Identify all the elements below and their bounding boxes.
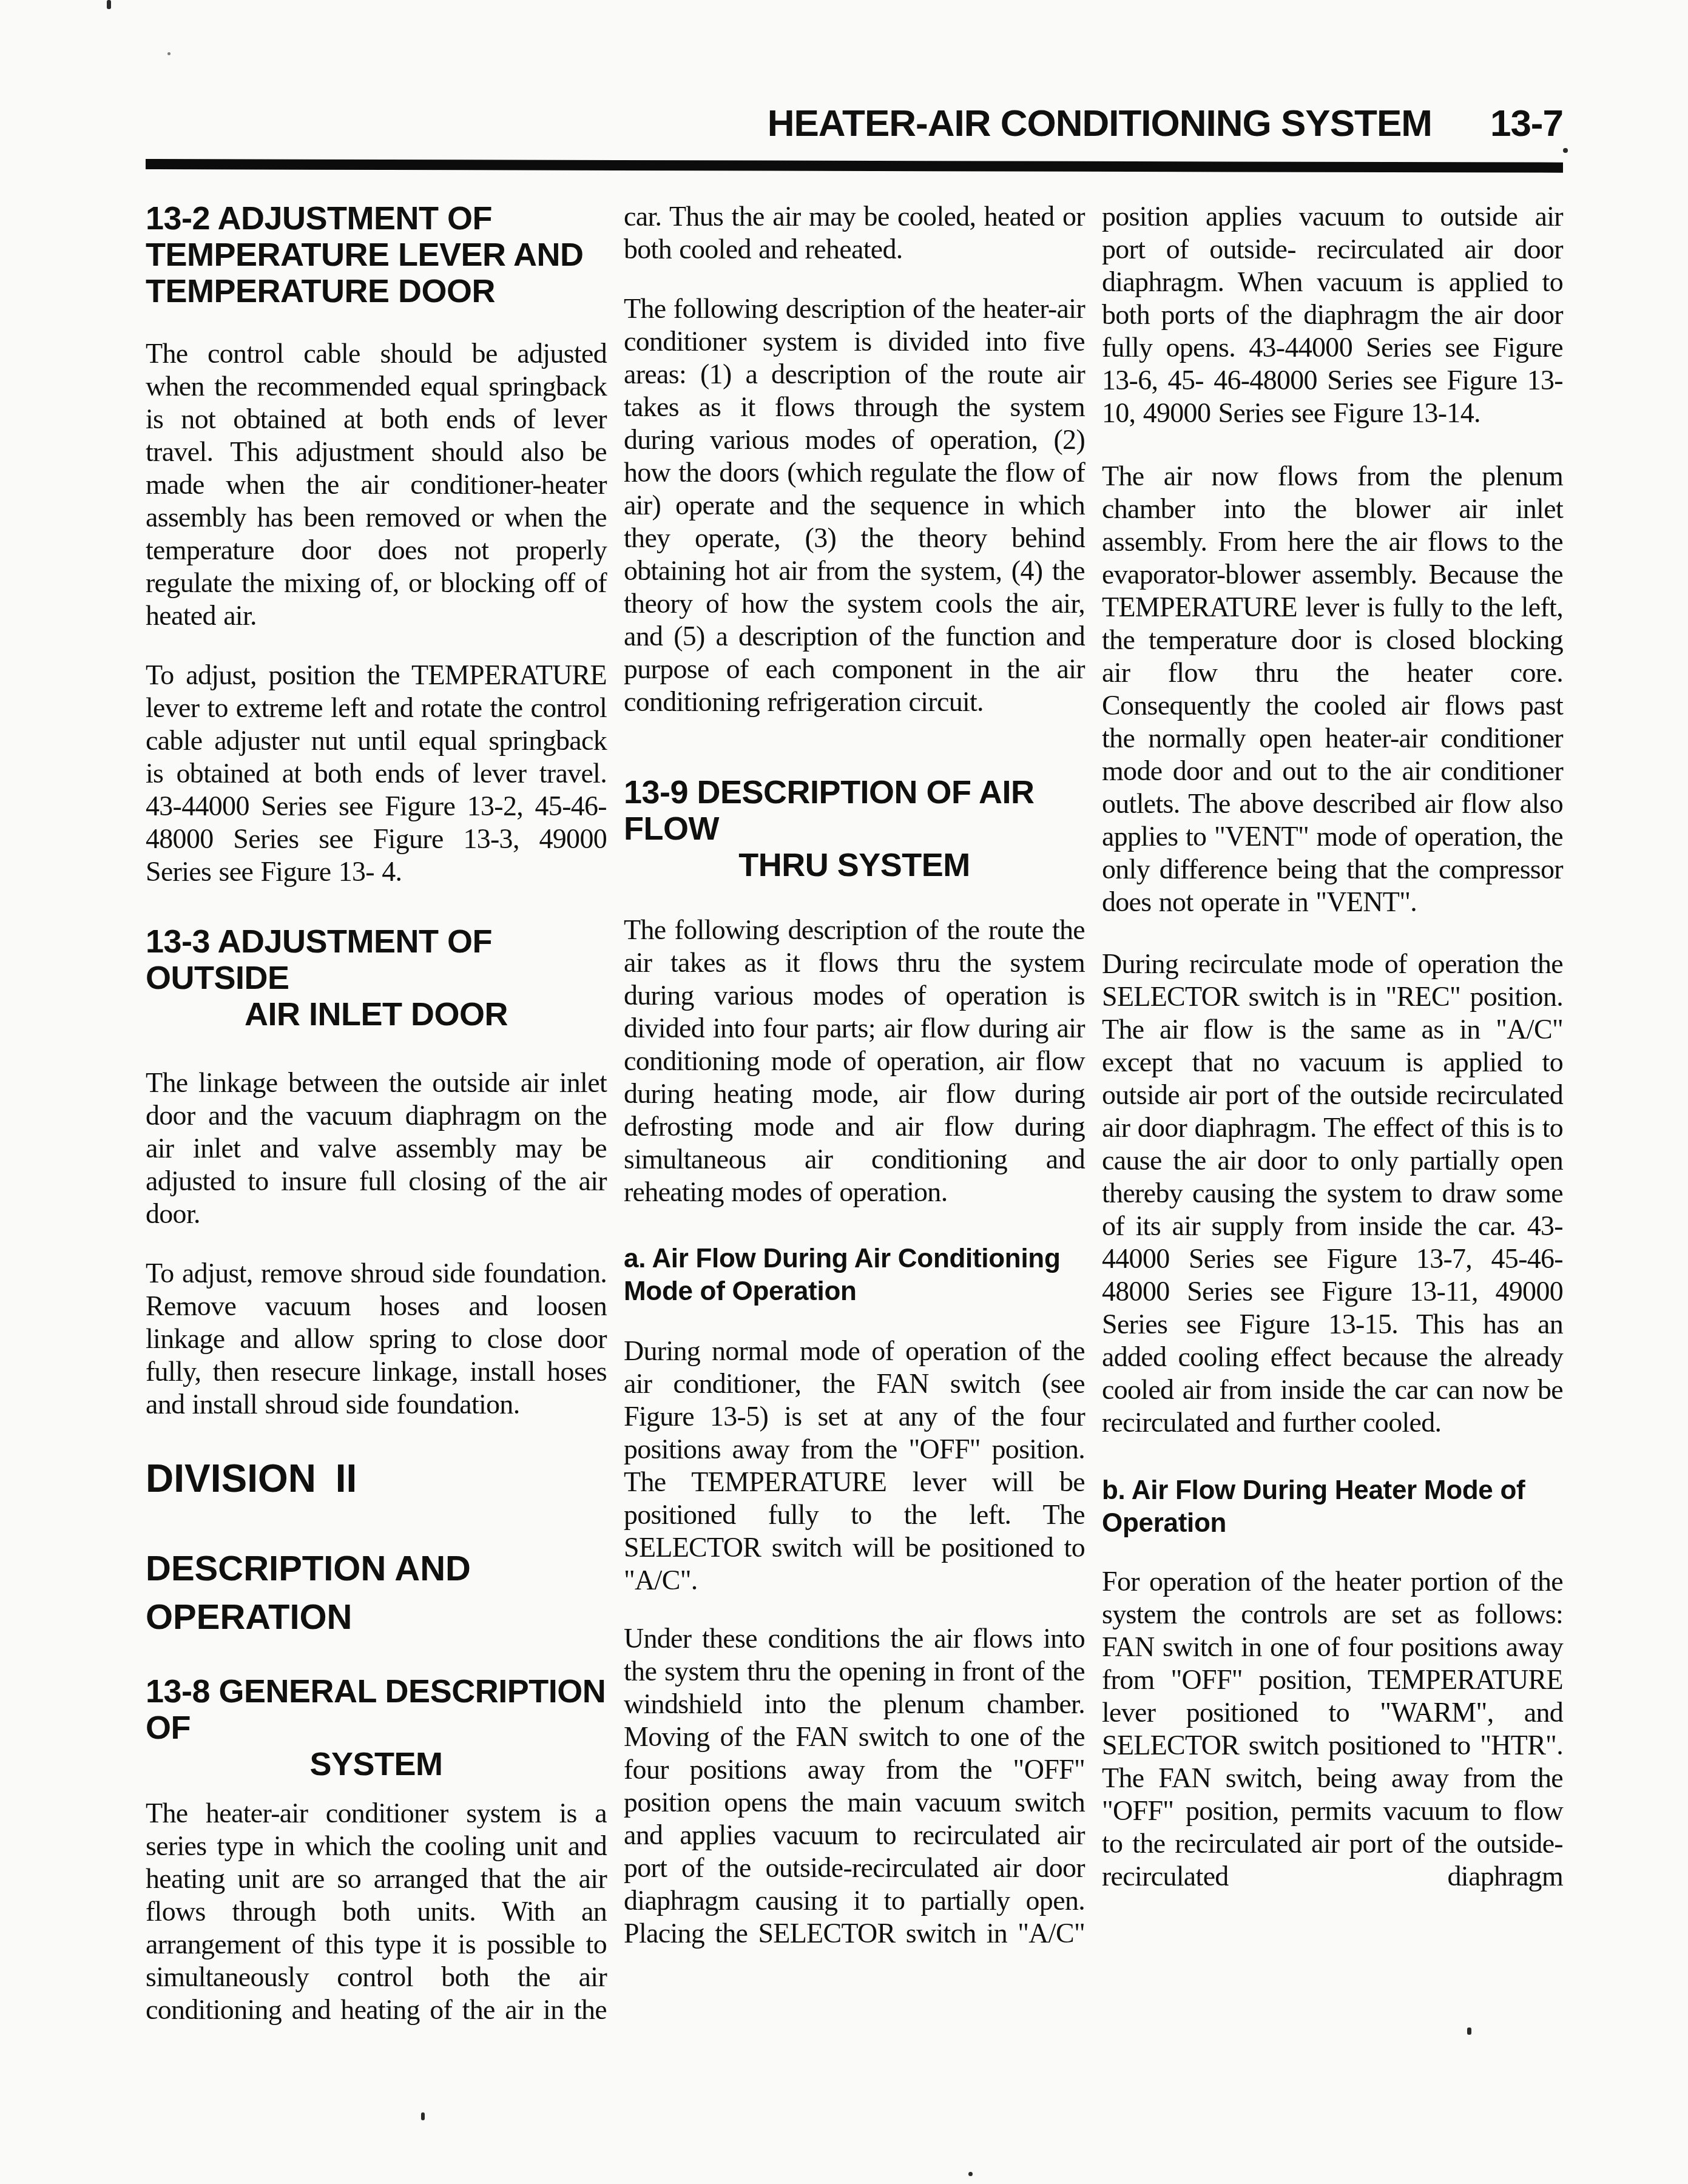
header-page-number: 13-7 xyxy=(1490,102,1563,145)
heading-line: TEMPERATURE LEVER AND xyxy=(146,237,607,273)
heading-line: Mode of Operation xyxy=(624,1275,1085,1308)
section-heading-13-3: 13-3 ADJUSTMENT OF OUTSIDE AIR INLET DOO… xyxy=(146,923,607,1033)
paragraph-four-parts: The following description of the route t… xyxy=(624,914,1085,1208)
scan-speck xyxy=(421,2112,425,2120)
scan-speck xyxy=(167,52,170,55)
page-header: HEATER-AIR CONDITIONING SYSTEM 13-7 xyxy=(146,102,1563,145)
subheading-heater-mode: b. Air Flow During Heater Mode of Operat… xyxy=(1102,1474,1563,1540)
heading-line: SYSTEM xyxy=(146,1746,607,1782)
scan-speck xyxy=(968,2172,973,2176)
section-heading-13-8: 13-8 GENERAL DESCRIPTION OF SYSTEM xyxy=(146,1673,607,1782)
description-operation-heading: DESCRIPTION AND OPERATION xyxy=(146,1545,607,1642)
paragraph-shroud-adjust: To adjust, remove shroud side foundation… xyxy=(146,1257,607,1421)
paragraph-normal-mode: During normal mode of operation of the a… xyxy=(624,1335,1085,1597)
paragraph-under-conditions: Under these conditions the air flows int… xyxy=(624,1622,1085,1950)
paragraph-general-description: The heater-air conditioner system is a s… xyxy=(146,1797,607,2026)
paragraph-linkage: The linkage between the outside air inle… xyxy=(146,1067,607,1230)
column-3: position applies vacuum to outside air p… xyxy=(1102,200,1563,2026)
manual-page: HEATER-AIR CONDITIONING SYSTEM 13-7 13-2… xyxy=(0,0,1688,2184)
paragraph-temperature-adjust: To adjust, position the TEMPERATURE leve… xyxy=(146,659,607,888)
column-1: 13-2 ADJUSTMENT OF TEMPERATURE LEVER AND… xyxy=(146,200,607,2026)
heading-line: Operation xyxy=(1102,1507,1563,1540)
paragraph-vacuum-outside-port: position applies vacuum to outside air p… xyxy=(1102,200,1563,430)
header-title: HEATER-AIR CONDITIONING SYSTEM xyxy=(768,102,1432,145)
scan-speck xyxy=(1467,2027,1471,2035)
scan-speck xyxy=(1563,148,1568,153)
subheading-air-conditioning-mode: a. Air Flow During Air Conditioning Mode… xyxy=(624,1242,1085,1308)
heading-line: OPERATION xyxy=(146,1593,607,1642)
paragraph-control-cable: The control cable should be adjusted whe… xyxy=(146,337,607,632)
section-heading-13-2: 13-2 ADJUSTMENT OF TEMPERATURE LEVER AND… xyxy=(146,200,607,309)
header-rule xyxy=(146,159,1563,173)
division-heading: DIVISION II xyxy=(146,1457,607,1500)
heading-line: TEMPERATURE DOOR xyxy=(146,273,607,309)
paragraph-recirculate-mode: During recirculate mode of operation the… xyxy=(1102,948,1563,1439)
paragraph-heater-operation: For operation of the heater portion of t… xyxy=(1102,1565,1563,1893)
column-2: car. Thus the air may be cooled, heated … xyxy=(624,200,1085,2026)
heading-line: a. Air Flow During Air Conditioning xyxy=(624,1242,1085,1275)
paragraph-plenum-flow: The air now flows from the plenum chambe… xyxy=(1102,460,1563,918)
text-columns: 13-2 ADJUSTMENT OF TEMPERATURE LEVER AND… xyxy=(146,200,1563,2026)
heading-line: 13-2 ADJUSTMENT OF xyxy=(146,200,607,237)
heading-line: 13-9 DESCRIPTION OF AIR FLOW xyxy=(624,774,1085,847)
scan-speck xyxy=(107,0,111,9)
section-heading-13-9: 13-9 DESCRIPTION OF AIR FLOW THRU SYSTEM xyxy=(624,774,1085,883)
heading-line: THRU SYSTEM xyxy=(624,847,1085,883)
heading-line: DESCRIPTION AND xyxy=(146,1545,607,1593)
heading-line: b. Air Flow During Heater Mode of xyxy=(1102,1474,1563,1507)
heading-line: AIR INLET DOOR xyxy=(146,996,607,1033)
paragraph-five-areas: The following description of the heater-… xyxy=(624,292,1085,718)
heading-line: 13-3 ADJUSTMENT OF OUTSIDE xyxy=(146,923,607,996)
heading-line: 13-8 GENERAL DESCRIPTION OF xyxy=(146,1673,607,1746)
paragraph-car-cooled: car. Thus the air may be cooled, heated … xyxy=(624,200,1085,266)
